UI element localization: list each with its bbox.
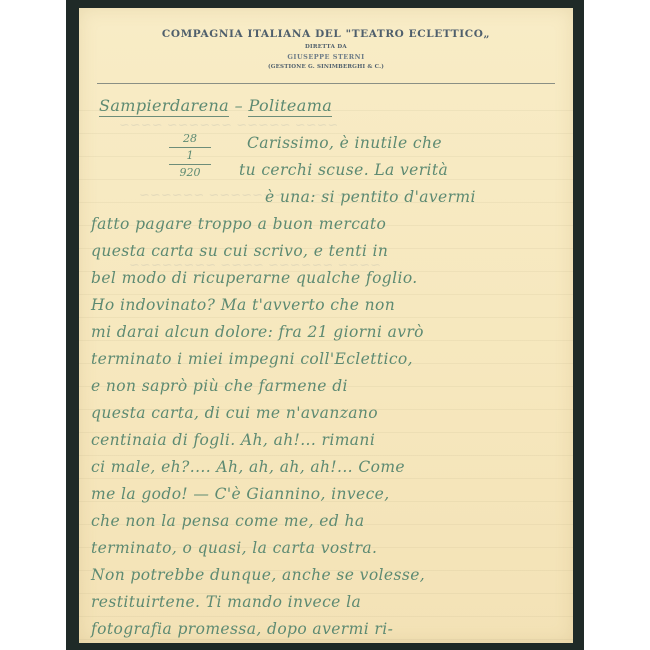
heading-separator: – bbox=[229, 96, 248, 115]
letterhead-title: COMPAGNIA ITALIANA DEL "TEATRO ECLETTICO… bbox=[79, 28, 573, 40]
letter-line: e non saprò più che farmene di bbox=[91, 377, 348, 395]
date-month: 1 bbox=[169, 150, 211, 162]
letter-date: 28 1 920 bbox=[169, 133, 211, 179]
letter-line: Non potrebbe dunque, anche se volesse, bbox=[91, 566, 425, 584]
letter-line: che non la pensa come me, ed ha bbox=[91, 512, 365, 530]
letter-line: tu cerchi scuse. La verità bbox=[239, 161, 448, 179]
place-name: Sampierdarena bbox=[99, 96, 229, 117]
letter-line: ci male, eh?.... Ah, ah, ah, ah!... Come bbox=[91, 458, 405, 476]
letter-line: questa carta, di cui me n'avanzano bbox=[91, 404, 378, 422]
letterhead-divider bbox=[97, 83, 555, 84]
letter-line: fotografia promessa, dopo avermi ri- bbox=[91, 620, 393, 638]
letter-line: Carissimo, è inutile che bbox=[247, 134, 442, 152]
letter-line: me la godo! — C'è Giannino, invece, bbox=[91, 485, 390, 503]
letter-line: terminato i miei impegni coll'Eclettico, bbox=[91, 350, 413, 368]
venue-name: Politeama bbox=[248, 96, 332, 117]
letter-line: bel modo di ricuperarne qualche foglio. bbox=[91, 269, 418, 287]
date-divider bbox=[169, 164, 211, 165]
date-year: 920 bbox=[169, 167, 211, 179]
letter-line: Ho indovinato? Ma t'avverto che non bbox=[91, 296, 395, 314]
letterhead-directed-by: DIRETTA DA bbox=[79, 44, 573, 50]
letter-page: ~~~~ ~~~~~ ~~~~~~ ~~~~ ~~~~~~ ~~~~ ~~~~~… bbox=[79, 8, 573, 643]
letter-line: centinaia di fogli. Ah, ah!... rimani bbox=[91, 431, 375, 449]
letter-heading: Sampierdarena – Politeama bbox=[99, 96, 332, 115]
letterhead-management: (GESTIONE G. SINIMBERGHI & C.) bbox=[79, 64, 573, 70]
bleed-through-text: ~~~~ ~~~~~ ~~~~~~ ~~~~ bbox=[119, 118, 338, 133]
letter-line: questa carta su cui scrivo, e tenti in bbox=[91, 242, 388, 260]
letter-line: fatto pagare troppo a buon mercato bbox=[91, 215, 386, 233]
date-divider bbox=[169, 147, 211, 148]
letter-line: è una: si pentito d'avermi bbox=[265, 188, 476, 206]
letter-line: terminato, o quasi, la carta vostra. bbox=[91, 539, 377, 557]
letterhead: COMPAGNIA ITALIANA DEL "TEATRO ECLETTICO… bbox=[79, 28, 573, 70]
letter-line: restituirtene. Ti mando invece la bbox=[91, 593, 361, 611]
letter-line: mi darai alcun dolore: fra 21 giorni avr… bbox=[91, 323, 424, 341]
letterhead-director: GIUSEPPE STERNI bbox=[79, 53, 573, 61]
date-day: 28 bbox=[169, 133, 211, 145]
